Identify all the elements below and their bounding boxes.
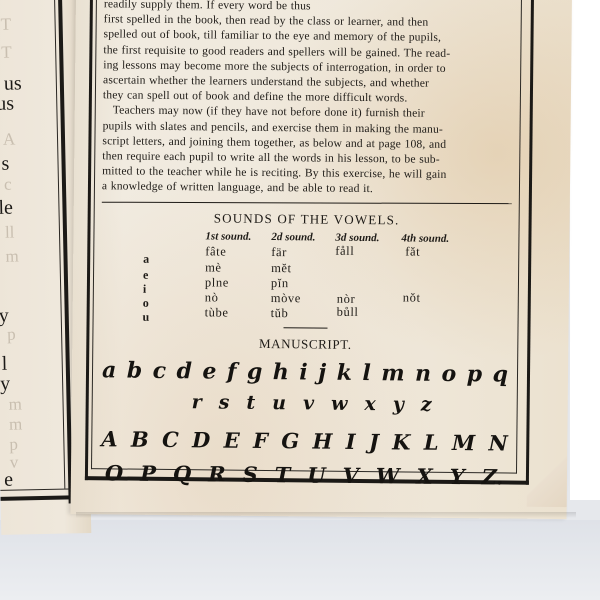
script-letter: T <box>275 462 290 487</box>
folded-page-corner <box>527 447 568 507</box>
script-letter: m <box>381 360 405 386</box>
script-letter: y <box>393 393 404 415</box>
script-letter: D <box>192 427 210 452</box>
ghost-text: A <box>3 130 16 150</box>
script-letter: S <box>242 462 257 487</box>
page-shadow <box>76 512 576 518</box>
script-letter: o <box>441 360 456 386</box>
script-letter: a <box>102 357 117 383</box>
vowel-letter: e <box>143 267 148 282</box>
script-letter: k <box>337 359 353 385</box>
vowel-example: fåll <box>335 243 354 258</box>
script-letter: p <box>467 361 483 387</box>
script-letter: g <box>247 358 263 384</box>
script-letter: L <box>424 430 439 455</box>
column-header: 1st sound. <box>205 230 251 242</box>
script-letter: Y <box>450 464 465 489</box>
script-letter: c <box>153 357 167 383</box>
column-header: 4th sound. <box>401 232 449 244</box>
lowercase-script-row-2: r s t u v w x y z <box>100 386 510 420</box>
background-right <box>570 0 600 500</box>
script-letter: J <box>369 429 379 454</box>
vowel-example: bůll <box>337 304 359 319</box>
script-letter: H <box>312 429 332 454</box>
script-letter: V <box>342 463 358 488</box>
script-letter: G <box>281 428 299 453</box>
vowel-example: fâte <box>205 244 226 259</box>
ghost-text: c <box>4 175 12 195</box>
ghost-text: m <box>8 394 22 414</box>
vowel-example: făt <box>405 244 420 259</box>
text-line: a knowledge of written language, and be … <box>102 179 512 198</box>
vowels-title: SOUNDS OF THE VOWELS. <box>102 209 512 229</box>
ghost-text: T <box>0 15 11 35</box>
script-letter: h <box>273 359 289 385</box>
script-letter: N <box>488 430 507 455</box>
vowel-example: pĭn <box>271 276 289 291</box>
ghost-text: T <box>1 43 12 63</box>
script-letter: Q <box>173 461 191 486</box>
vowel-example: fär <box>271 245 287 260</box>
vowel-example: mĕt <box>271 261 292 276</box>
script-letter: f <box>227 358 237 384</box>
ghost-text: ll <box>5 223 15 243</box>
ghost-text: m <box>5 246 19 266</box>
vowel-example: nò <box>205 290 219 305</box>
lowercase-script-row-1: a b c d e f g h i j k l m n o p q <box>100 354 510 390</box>
script-letter: b <box>127 357 143 383</box>
vowel-example: plne <box>205 275 229 290</box>
text-fragment: le <box>0 197 13 220</box>
section-divider <box>102 201 512 203</box>
vowel-example: mòve <box>271 291 301 306</box>
script-letter: t <box>246 391 255 413</box>
page-content: readily supply them. If every word be th… <box>99 0 514 494</box>
text-fragment: us <box>0 93 14 116</box>
text-fragment: y <box>0 373 10 396</box>
script-letter: P <box>140 461 156 486</box>
ghost-text: m <box>9 414 23 434</box>
script-letter: I <box>346 429 356 454</box>
script-letter: A <box>101 426 117 451</box>
column-header: 2d sound. <box>271 231 315 243</box>
script-letter: O <box>105 460 123 485</box>
vowel-letter: a <box>143 251 149 266</box>
script-letter: z <box>421 393 432 415</box>
script-letter: Z. <box>481 464 503 489</box>
script-letter: d <box>176 358 192 384</box>
vowel-example: tŭb <box>271 306 289 321</box>
script-letter: W <box>376 463 399 488</box>
vowel-letter: o <box>143 295 149 310</box>
column-header: 3d sound. <box>335 231 379 243</box>
short-divider <box>283 327 327 328</box>
vowel-example: tùbe <box>205 305 229 320</box>
script-letter: E <box>224 428 240 453</box>
script-letter: n <box>415 360 431 386</box>
script-letter: R <box>208 462 225 487</box>
script-letter: M <box>452 430 475 455</box>
script-letter: K <box>392 429 410 454</box>
instructions-paragraph-2: Teachers may now (if they have not befor… <box>102 103 513 199</box>
text-fragment: s <box>1 153 9 176</box>
instructions-paragraph-1: readily supply them. If every word be th… <box>103 0 514 107</box>
vowel-example: mè <box>205 260 222 275</box>
vowel-letter: u <box>143 309 150 324</box>
uppercase-script-row-1: A B C D E F G H I J K L M N <box>99 422 509 460</box>
vowel-example: nŏt <box>403 290 421 305</box>
script-letter: j <box>318 359 326 385</box>
script-letter: q <box>492 361 508 387</box>
script-letter: x <box>364 393 376 415</box>
uppercase-script-row-2: O P Q R S T U V W X Y Z. <box>99 456 509 494</box>
right-page: readily supply them. If every word be th… <box>71 0 572 519</box>
script-letter: i <box>299 359 308 385</box>
script-letter: l <box>362 360 371 386</box>
script-letter: u <box>272 392 286 414</box>
script-letter: v <box>303 392 314 414</box>
script-letter: C <box>162 427 178 452</box>
ghost-text: p <box>7 325 16 345</box>
script-letter: s <box>219 391 230 413</box>
manuscript-title: MANUSCRIPT. <box>100 334 510 354</box>
vowel-letter: i <box>143 281 147 296</box>
script-letter: e <box>202 358 216 384</box>
script-letter: X <box>416 464 432 489</box>
script-letter: U <box>307 463 325 488</box>
script-letter: w <box>331 392 348 414</box>
vowel-sounds-table: 1st sound. 2d sound. 3d sound. 4th sound… <box>101 229 512 325</box>
script-letter: r <box>192 391 202 413</box>
script-letter: B <box>131 427 149 452</box>
script-letter: F <box>253 428 268 453</box>
ghost-text: v <box>10 453 19 473</box>
